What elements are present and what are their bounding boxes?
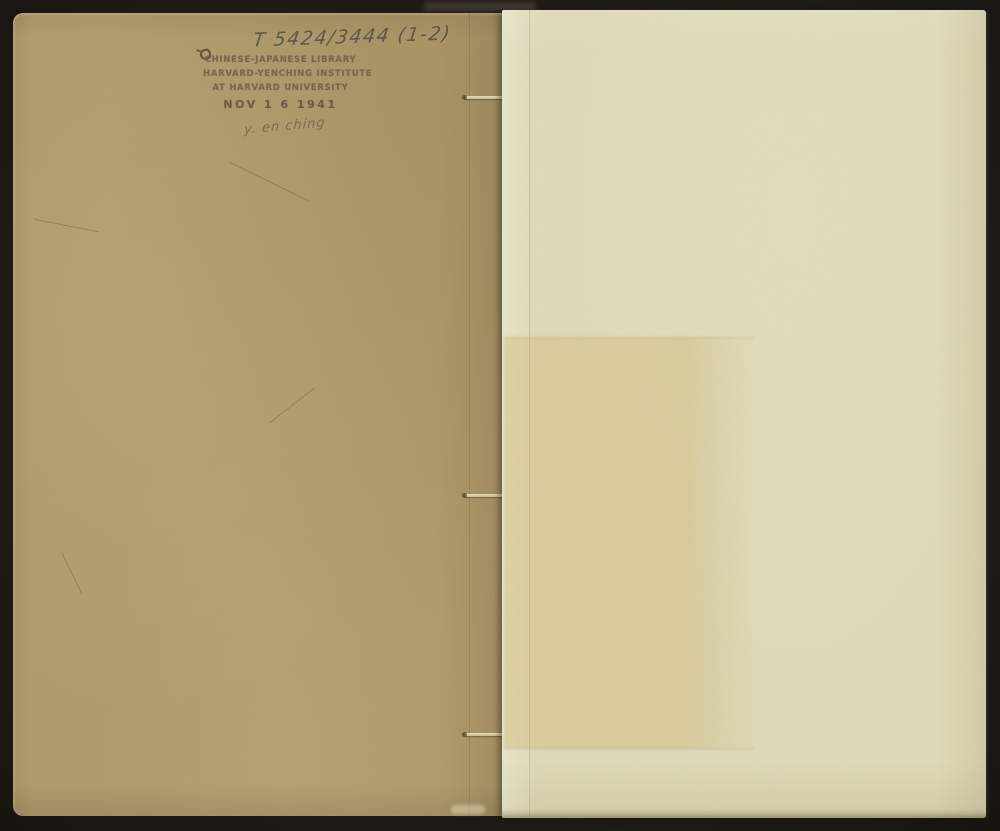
binding-thread-bottom	[465, 733, 506, 736]
stamp-line-2: HARVARD-YENCHING INSTITUTE	[203, 67, 358, 81]
stitch-hole-middle	[462, 493, 467, 498]
stitch-hole-top	[462, 95, 467, 100]
first-page	[502, 10, 986, 818]
page-discoloration-stain	[504, 337, 754, 749]
binding-thread-top	[465, 96, 506, 99]
call-number-inscription: T 5424/3444 (1-2)	[252, 22, 453, 51]
stitch-hole-bottom	[462, 732, 467, 737]
pencil-note: y. en ching	[244, 115, 326, 137]
date-stamp: NOV 1 6 1941	[203, 98, 358, 111]
book-scan: T 5424/3444 (1-2) CHINESE-JAPANESE LIBRA…	[0, 0, 1000, 831]
binding-thread-middle	[465, 494, 506, 497]
library-stamp: CHINESE-JAPANESE LIBRARY HARVARD-YENCHIN…	[203, 53, 358, 111]
scratch-mark	[61, 553, 82, 595]
page-bottom-edge	[502, 809, 986, 818]
cover-bottom-wear	[451, 805, 485, 814]
stamp-line-1: CHINESE-JAPANESE LIBRARY	[203, 53, 358, 67]
scratch-mark	[34, 219, 99, 233]
scratch-mark	[269, 387, 315, 423]
scratch-mark	[229, 162, 309, 201]
cover-fold-crease	[469, 13, 471, 816]
left-cover: T 5424/3444 (1-2) CHINESE-JAPANESE LIBRA…	[13, 13, 505, 816]
stamp-line-3: AT HARVARD UNIVERSITY	[203, 81, 358, 95]
